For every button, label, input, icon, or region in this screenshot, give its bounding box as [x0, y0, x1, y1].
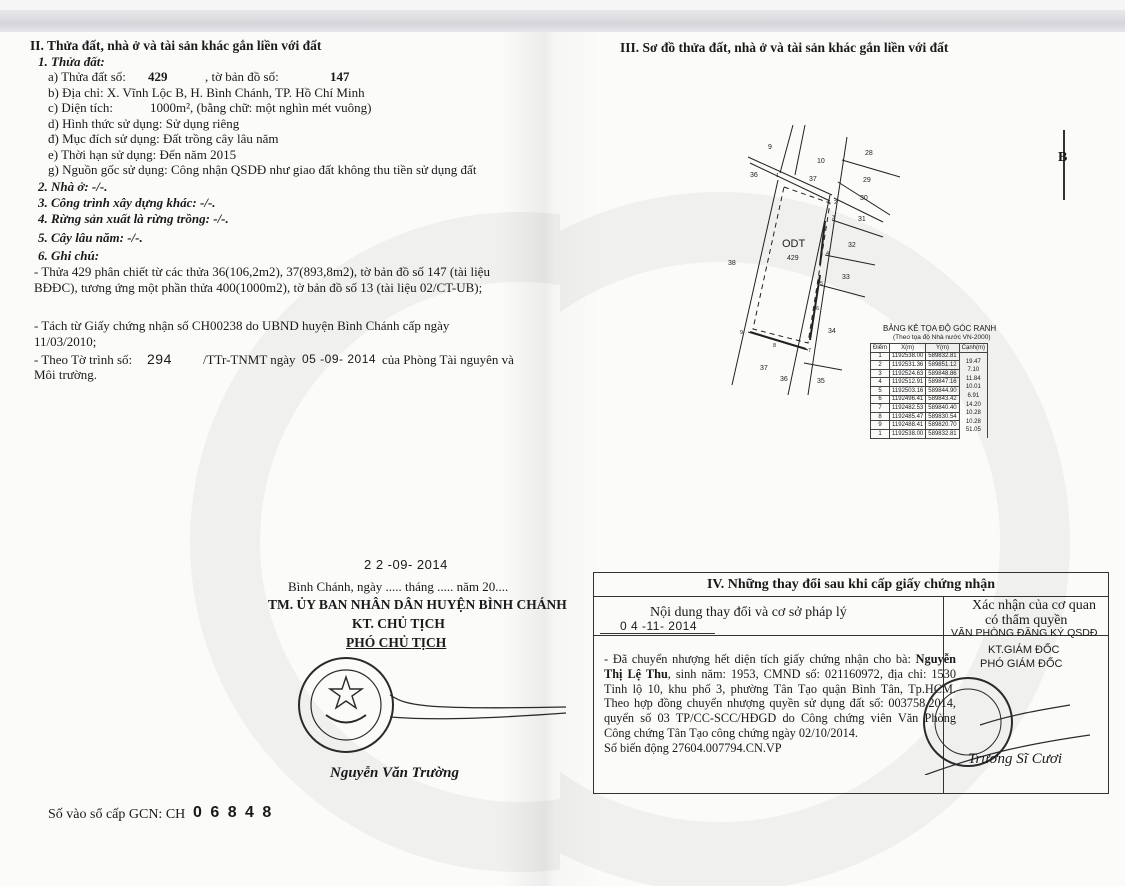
note-3-mid: /TTr-TNMT ngày — [203, 352, 296, 367]
district-seal-icon — [296, 655, 576, 765]
note-3-tail: Môi trường. — [34, 367, 97, 382]
usage-form: d) Hình thức sử dụng: Sử dụng riêng — [48, 116, 239, 131]
issuing-authority: TM. ỦY BAN NHÂN DÂN HUYỆN BÌNH CHÁNH — [268, 597, 567, 612]
svg-text:28: 28 — [865, 150, 873, 157]
coord-header: X(m) — [890, 344, 926, 353]
date-underline — [600, 633, 715, 634]
scan-top-margin — [0, 0, 1125, 10]
register-label: Số vào sổ cấp GCN: CH — [48, 807, 185, 822]
svg-text:33: 33 — [842, 274, 850, 281]
svg-text:37: 37 — [760, 365, 768, 372]
note-2: - Tách từ Giấy chứng nhận số CH00238 do … — [34, 318, 504, 350]
north-marker: B — [1058, 150, 1067, 165]
svg-text:429: 429 — [787, 255, 799, 262]
coord-table-subtitle: (Theo tọa độ Nhà nước VN-2000) — [893, 334, 991, 341]
col2-header-1: Xác nhận của cơ quan — [972, 598, 1096, 613]
svg-text:7: 7 — [808, 348, 811, 354]
area-value: 1000m², (bằng chữ: một nghìn mét vuông) — [150, 100, 371, 115]
registration-office: VĂN PHÒNG ĐĂNG KÝ QSDĐ — [951, 626, 1097, 641]
svg-text:4: 4 — [826, 251, 829, 257]
edge-length: 11.84 — [959, 373, 987, 382]
issue-stamp-date: 2 2 -09- 2014 — [364, 557, 448, 572]
other-construction: 3. Công trình xây dựng khác: -/-. — [38, 195, 216, 210]
land-heading: 1. Thửa đất: — [38, 54, 105, 69]
usage-purpose: đ) Mục đích sử dụng: Đất trồng cây lâu n… — [48, 131, 279, 146]
svg-text:29: 29 — [863, 177, 871, 184]
svg-text:36: 36 — [750, 172, 758, 179]
left-signer-name: Nguyễn Văn Trường — [330, 766, 459, 781]
map-no-label: , tờ bản đồ số: — [205, 69, 279, 84]
edge-length — [959, 433, 987, 442]
coord-table-title: BẢNG KÊ TỌA ĐỘ GÓC RANH — [883, 324, 996, 333]
right-signer-position: PHÓ GIÁM ĐỐC — [980, 657, 1063, 672]
svg-text:9: 9 — [740, 330, 743, 336]
coord-row: 11192538.00589832.8119.47 — [871, 352, 988, 361]
perennial-trees: 5. Cây lâu năm: -/-. — [38, 230, 143, 245]
edge-length: 10.28 — [959, 408, 987, 417]
edge-length: 6.91 — [959, 390, 987, 399]
svg-text:1: 1 — [776, 173, 779, 179]
note-3-suffix: của Phòng Tài nguyên và — [382, 352, 514, 367]
edge-length: 19.47 — [959, 356, 987, 365]
edge-length: 51.05 — [959, 425, 987, 434]
svg-text:37: 37 — [809, 176, 817, 183]
parcel-no-label: a) Thửa đất số: — [48, 69, 126, 84]
col1-header: Nội dung thay đổi và cơ sở pháp lý — [650, 605, 847, 620]
address: b) Địa chỉ: X. Vĩnh Lộc B, H. Bình Chánh… — [48, 85, 365, 100]
section-ii-title: II. Thửa đất, nhà ở và tài sản khác gắn … — [30, 38, 321, 53]
notes-heading: 6. Ghi chú: — [38, 248, 99, 263]
change-content: - Đã chuyển nhượng hết diện tích giấy ch… — [604, 652, 956, 741]
edge-length: 14.20 — [959, 399, 987, 408]
scan-shadow-band — [0, 10, 1125, 32]
note-3-prefix: - Theo Tờ trình số: — [34, 352, 132, 367]
svg-text:32: 32 — [848, 242, 856, 249]
edge-length: 7.10 — [959, 365, 987, 374]
svg-text:3: 3 — [832, 215, 835, 221]
edge-length: 10.28 — [959, 416, 987, 425]
signer-position: PHÓ CHỦ TỊCH — [346, 635, 446, 650]
svg-text:ODT: ODT — [782, 238, 806, 250]
register-no: 0 6 8 4 8 — [193, 805, 273, 820]
svg-text:36: 36 — [780, 376, 788, 383]
svg-text:31: 31 — [858, 216, 866, 223]
svg-text:30: 30 — [860, 195, 868, 202]
house: 2. Nhà ở: -/-. — [38, 179, 107, 194]
place-date: Bình Chánh, ngày ..... tháng ..... năm 2… — [288, 579, 508, 594]
coord-header: Điểm — [871, 344, 890, 353]
area-label: c) Diện tích: — [48, 100, 113, 115]
change-number: Số biến động 27604.007794.CN.VP — [604, 741, 782, 756]
svg-text:5: 5 — [820, 281, 823, 287]
coord-header: Y(m) — [926, 344, 959, 353]
right-kt-title: KT.GIÁM ĐỐC — [988, 643, 1060, 658]
svg-text:34: 34 — [828, 328, 836, 335]
usage-term: e) Thời hạn sử dụng: Đến năm 2015 — [48, 147, 236, 162]
svg-text:6: 6 — [816, 306, 819, 312]
right-signer-name: Trương Sĩ Cươi — [968, 752, 1062, 767]
change-date: 0 4 -11- 2014 — [620, 619, 697, 634]
parcel-no: 429 — [148, 69, 168, 84]
svg-text:2: 2 — [834, 200, 837, 206]
north-arrow-icon — [1063, 130, 1065, 200]
svg-text:35: 35 — [817, 378, 825, 385]
note-3-number: 294 — [147, 352, 172, 367]
svg-text:38: 38 — [728, 260, 736, 267]
edge-length: 10.01 — [959, 382, 987, 391]
svg-text:10: 10 — [817, 158, 825, 165]
kt-title: KT. CHỦ TỊCH — [352, 616, 445, 631]
note-3-date: 05 -09- 2014 — [302, 352, 376, 367]
note-1: - Thửa 429 phân chiết từ các thửa 36(106… — [34, 264, 504, 296]
changes-title: IV. Những thay đổi sau khi cấp giấy chứn… — [594, 573, 1108, 597]
svg-text:9: 9 — [768, 144, 772, 151]
usage-origin: g) Nguồn gốc sử dụng: Công nhận QSDĐ như… — [48, 162, 476, 177]
map-no: 147 — [330, 69, 350, 84]
coord-header: Cạnh(m) — [959, 344, 987, 353]
section-iii-title: III. Sơ đồ thửa đất, nhà ở và tài sản kh… — [620, 40, 948, 55]
production-forest: 4. Rừng sản xuất là rừng trồng: -/-. — [38, 211, 229, 226]
svg-text:8: 8 — [773, 343, 776, 349]
coordinate-table: ĐiểmX(m)Y(m)Cạnh(m) 11192538.00589832.81… — [870, 343, 988, 439]
